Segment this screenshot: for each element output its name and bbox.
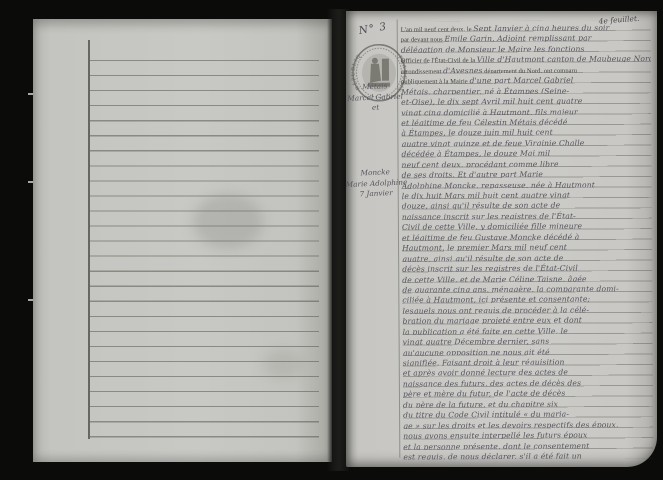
act-line: de quarante cinq ans, ménagère, la compa… [402, 281, 652, 293]
handwritten-text: est requis, de nous déclarer, s'il a été… [403, 451, 582, 460]
binding-mark [28, 181, 33, 183]
act-line: Officier de l'État-Civil de la Ville d'H… [401, 51, 651, 63]
left-page [33, 19, 332, 462]
binding-mark [28, 299, 33, 301]
bleed-through-smudge [263, 349, 303, 379]
act-number: N° 3 [358, 21, 388, 37]
act-text: L'an mil neuf cent deux, le Sept Janvier… [401, 20, 654, 460]
act-line: est requis, de nous déclarer, s'il a été… [403, 448, 653, 460]
right-page: 4e feuillet. N° 3 RÉPUBLIQUE [346, 11, 657, 467]
margin-groom-names: Métais Marcel Gabriel et [345, 81, 406, 115]
binding-mark [28, 93, 33, 95]
register-scan: 4e feuillet. N° 3 RÉPUBLIQUE [0, 0, 663, 480]
margin-bride-names: Moncke Marie Adolphine 7 Janvier [345, 167, 406, 201]
right-page-content: 4e feuillet. N° 3 RÉPUBLIQUE [345, 10, 659, 468]
bleed-through-smudge [193, 194, 263, 249]
act-line: ge » sur les droits et les devoirs respe… [403, 417, 653, 429]
